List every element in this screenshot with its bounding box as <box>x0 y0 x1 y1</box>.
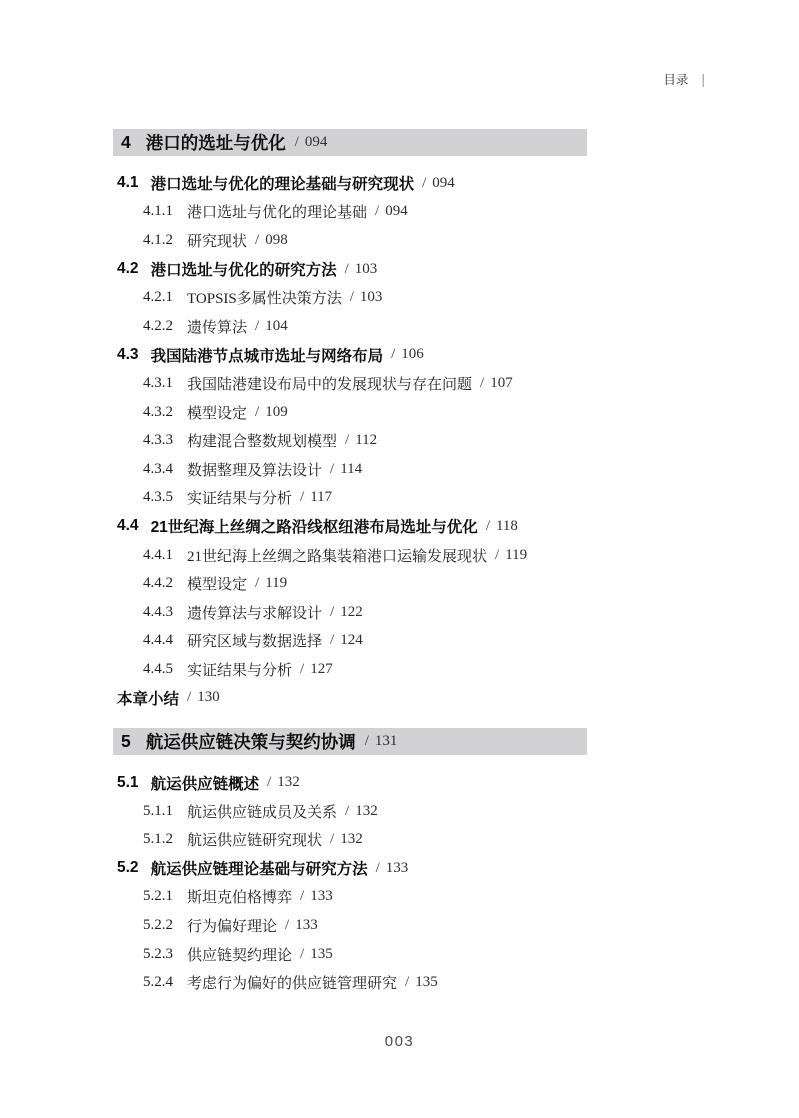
page-separator: / <box>330 461 334 478</box>
toc-entry-4.4.1[interactable]: 4.4.121世纪海上丝绸之路集装箱港口运输发展现状/119 <box>113 541 587 570</box>
page-separator: / <box>330 831 334 848</box>
toc-entry-4.3.2[interactable]: 4.3.2模型设定/109 <box>113 398 587 427</box>
entry-number: 5.1 <box>117 774 139 792</box>
page-number: 094 <box>432 175 455 192</box>
page-number: 133 <box>310 888 333 905</box>
page-number: 133 <box>295 917 318 934</box>
toc-entry-5.2[interactable]: 5.2航运供应链理论基础与研究方法/133 <box>113 854 587 883</box>
entry-page-ref: /112 <box>345 432 377 449</box>
page-separator: / <box>422 175 426 192</box>
page-number: 106 <box>401 346 424 363</box>
entry-page-ref: /133 <box>285 917 318 934</box>
toc-entry-4.4.2[interactable]: 4.4.2模型设定/119 <box>113 569 587 598</box>
page-header: 目录 | <box>663 70 705 88</box>
entry-number: 4.3.5 <box>143 489 173 506</box>
entry-page-ref: /119 <box>255 575 287 592</box>
entry-title: 研究现状 <box>187 230 247 251</box>
entry-page-ref: /117 <box>300 489 332 506</box>
entry-title: 航运供应链理论基础与研究方法 <box>151 857 368 879</box>
page-separator: / <box>486 518 490 535</box>
page-separator: / <box>480 375 484 392</box>
entry-title: 构建混合整数规划模型 <box>187 430 337 451</box>
entry-title: 考虑行为偏好的供应链管理研究 <box>187 972 397 993</box>
page-number: 132 <box>355 803 378 820</box>
entry-number: 4.3.1 <box>143 375 173 392</box>
page-separator: / <box>187 689 191 706</box>
entry-number: 4.1.1 <box>143 203 173 220</box>
chapter-title: 港口的选址与优化 <box>146 130 286 155</box>
toc-page: 目录 | 4港口的选址与优化/0944.1港口选址与优化的理论基础与研究现状/0… <box>0 0 799 1118</box>
page-separator: / <box>295 134 299 151</box>
page-separator: / <box>376 860 380 877</box>
page-number: 112 <box>355 432 377 449</box>
page-number: 131 <box>375 733 398 750</box>
page-number: 117 <box>310 489 332 506</box>
entry-number: 4.3.4 <box>143 461 173 478</box>
entry-number: 4.2.2 <box>143 318 173 335</box>
entry-title: 行为偏好理论 <box>187 915 277 936</box>
chapter-summary-4[interactable]: 本章小结/130 <box>113 684 587 713</box>
entry-title: 航运供应链概述 <box>151 772 260 794</box>
toc-entry-4.3.5[interactable]: 4.3.5实证结果与分析/117 <box>113 484 587 513</box>
entry-number: 5.2.1 <box>143 888 173 905</box>
folio-page-number: 003 <box>385 1033 415 1050</box>
entry-title: TOPSIS多属性决策方法 <box>187 287 342 308</box>
page-separator: / <box>345 261 349 278</box>
toc: 4港口的选址与优化/0944.1港口选址与优化的理论基础与研究现状/0944.1… <box>113 129 587 997</box>
chapter-heading-5[interactable]: 5航运供应链决策与契约协调/131 <box>113 728 587 755</box>
entry-page-ref: /094 <box>422 175 455 192</box>
header-divider: | <box>701 71 705 87</box>
page-number: 127 <box>310 661 333 678</box>
toc-entry-4.2[interactable]: 4.2港口选址与优化的研究方法/103 <box>113 255 587 284</box>
entry-page-ref: /135 <box>405 974 438 991</box>
page-number: 103 <box>360 289 383 306</box>
entry-title: 实证结果与分析 <box>187 487 292 508</box>
toc-entry-4.3.3[interactable]: 4.3.3构建混合整数规划模型/112 <box>113 426 587 455</box>
page-separator: / <box>255 575 259 592</box>
page-separator: / <box>255 232 259 249</box>
page-number: 122 <box>340 604 363 621</box>
entry-number: 5.2.4 <box>143 974 173 991</box>
page-separator: / <box>405 974 409 991</box>
toc-entry-4.2.1[interactable]: 4.2.1TOPSIS多属性决策方法/103 <box>113 283 587 312</box>
page-separator: / <box>300 489 304 506</box>
page-separator: / <box>345 803 349 820</box>
entry-title: 我国陆港节点城市选址与网络布局 <box>151 344 384 366</box>
page-footer: 003 <box>0 1033 799 1050</box>
entry-number: 4.4.3 <box>143 604 173 621</box>
entry-title: 21世纪海上丝绸之路集装箱港口运输发展现状 <box>187 545 487 566</box>
toc-entry-5.2.1[interactable]: 5.2.1斯坦克伯格博弈/133 <box>113 883 587 912</box>
entry-title: 港口选址与优化的理论基础 <box>187 201 367 222</box>
page-number: 103 <box>355 261 378 278</box>
entry-number: 4.4.5 <box>143 661 173 678</box>
toc-entry-5.1.1[interactable]: 5.1.1航运供应链成员及关系/132 <box>113 797 587 826</box>
entry-title: 模型设定 <box>187 402 247 423</box>
entry-title: 港口选址与优化的研究方法 <box>151 258 337 280</box>
entry-number: 4.2 <box>117 260 139 278</box>
entry-page-ref: /103 <box>345 261 378 278</box>
toc-entry-4.3.1[interactable]: 4.3.1我国陆港建设布局中的发展现状与存在问题/107 <box>113 369 587 398</box>
page-separator: / <box>375 203 379 220</box>
page-number: 119 <box>265 575 287 592</box>
page-separator: / <box>255 318 259 335</box>
page-separator: / <box>365 733 369 750</box>
entry-title: 实证结果与分析 <box>187 659 292 680</box>
entry-title: 航运供应链成员及关系 <box>187 801 337 822</box>
page-number: 094 <box>305 134 328 151</box>
toc-entry-4.4.5[interactable]: 4.4.5实证结果与分析/127 <box>113 655 587 684</box>
entry-page-ref: /104 <box>255 318 288 335</box>
page-separator: / <box>330 604 334 621</box>
toc-entry-4.4.4[interactable]: 4.4.4研究区域与数据选择/124 <box>113 627 587 656</box>
summary-page-ref: /130 <box>187 689 220 706</box>
entry-number: 4.4.1 <box>143 547 173 564</box>
entry-page-ref: /132 <box>330 831 363 848</box>
page-separator: / <box>330 632 334 649</box>
entry-page-ref: /098 <box>255 232 288 249</box>
entry-number: 4.4.2 <box>143 575 173 592</box>
entry-title: 遗传算法 <box>187 316 247 337</box>
toc-entry-4.4[interactable]: 4.421世纪海上丝绸之路沿线枢纽港布局选址与优化/118 <box>113 512 587 541</box>
page-number: 132 <box>277 774 300 791</box>
summary-label: 本章小结 <box>117 687 179 709</box>
entry-number: 5.2 <box>117 859 139 877</box>
entry-page-ref: /122 <box>330 604 363 621</box>
entry-number: 4.3 <box>117 346 139 364</box>
page-number: 132 <box>340 831 363 848</box>
entry-title: 模型设定 <box>187 573 247 594</box>
entry-page-ref: /094 <box>375 203 408 220</box>
page-number: 107 <box>490 375 513 392</box>
entry-number: 4.4.4 <box>143 632 173 649</box>
page-number: 104 <box>265 318 288 335</box>
entry-page-ref: /135 <box>300 946 333 963</box>
entry-title: 斯坦克伯格博弈 <box>187 886 292 907</box>
page-separator: / <box>391 346 395 363</box>
entry-page-ref: /132 <box>267 774 300 791</box>
page-number: 133 <box>386 860 409 877</box>
page-number: 130 <box>197 689 220 706</box>
chapter-number: 4 <box>121 132 131 153</box>
entry-page-ref: /124 <box>330 632 363 649</box>
entry-number: 5.2.2 <box>143 917 173 934</box>
entry-page-ref: /127 <box>300 661 333 678</box>
toc-entry-4.1.2[interactable]: 4.1.2研究现状/098 <box>113 226 587 255</box>
page-number: 118 <box>496 518 518 535</box>
page-separator: / <box>350 289 354 306</box>
page-separator: / <box>267 774 271 791</box>
entry-page-ref: /106 <box>391 346 424 363</box>
entry-page-ref: /114 <box>330 461 362 478</box>
page-separator: / <box>345 432 349 449</box>
entry-number: 4.1.2 <box>143 232 173 249</box>
page-number: 094 <box>385 203 408 220</box>
entry-title: 数据整理及算法设计 <box>187 459 322 480</box>
entry-number: 4.3.3 <box>143 432 173 449</box>
page-separator: / <box>495 547 499 564</box>
toc-entry-5.2.4[interactable]: 5.2.4考虑行为偏好的供应链管理研究/135 <box>113 968 587 997</box>
entry-number: 4.2.1 <box>143 289 173 306</box>
header-title: 目录 <box>663 70 688 88</box>
page-number: 119 <box>505 547 527 564</box>
page-number: 135 <box>310 946 333 963</box>
toc-entry-4.3[interactable]: 4.3我国陆港节点城市选址与网络布局/106 <box>113 341 587 370</box>
entry-title: 航运供应链研究现状 <box>187 829 322 850</box>
toc-entry-4.1.1[interactable]: 4.1.1港口选址与优化的理论基础/094 <box>113 198 587 227</box>
entry-page-ref: /103 <box>350 289 383 306</box>
entry-number: 4.4 <box>117 517 139 535</box>
page-number: 135 <box>415 974 438 991</box>
page-separator: / <box>285 917 289 934</box>
page-number: 114 <box>340 461 362 478</box>
entry-page-ref: /119 <box>495 547 527 564</box>
chapter-page-ref: /131 <box>365 733 398 750</box>
page-separator: / <box>300 946 304 963</box>
toc-entry-5.1.2[interactable]: 5.1.2航运供应链研究现状/132 <box>113 825 587 854</box>
entry-page-ref: /118 <box>486 518 518 535</box>
toc-entry-5.1[interactable]: 5.1航运供应链概述/132 <box>113 768 587 797</box>
toc-entry-4.3.4[interactable]: 4.3.4数据整理及算法设计/114 <box>113 455 587 484</box>
toc-entry-4.1[interactable]: 4.1港口选址与优化的理论基础与研究现状/094 <box>113 169 587 198</box>
entry-page-ref: /133 <box>376 860 409 877</box>
toc-entry-4.4.3[interactable]: 4.4.3遗传算法与求解设计/122 <box>113 598 587 627</box>
entry-number: 5.2.3 <box>143 946 173 963</box>
entry-number: 5.1.1 <box>143 803 173 820</box>
entry-title: 研究区域与数据选择 <box>187 630 322 651</box>
entry-number: 5.1.2 <box>143 831 173 848</box>
entry-number: 4.1 <box>117 174 139 192</box>
entry-title: 港口选址与优化的理论基础与研究现状 <box>151 172 415 194</box>
entry-page-ref: /132 <box>345 803 378 820</box>
chapter-title: 航运供应链决策与契约协调 <box>146 729 356 754</box>
page-separator: / <box>300 888 304 905</box>
entry-title: 21世纪海上丝绸之路沿线枢纽港布局选址与优化 <box>151 515 478 537</box>
chapter-heading-4[interactable]: 4港口的选址与优化/094 <box>113 129 587 156</box>
entry-title: 遗传算法与求解设计 <box>187 602 322 623</box>
entry-title: 我国陆港建设布局中的发展现状与存在问题 <box>187 373 472 394</box>
toc-entry-5.2.2[interactable]: 5.2.2行为偏好理论/133 <box>113 911 587 940</box>
toc-entry-5.2.3[interactable]: 5.2.3供应链契约理论/135 <box>113 940 587 969</box>
toc-entry-4.2.2[interactable]: 4.2.2遗传算法/104 <box>113 312 587 341</box>
page-number: 124 <box>340 632 363 649</box>
page-separator: / <box>255 404 259 421</box>
page-number: 109 <box>265 404 288 421</box>
entry-number: 4.3.2 <box>143 404 173 421</box>
entry-page-ref: /133 <box>300 888 333 905</box>
entry-title: 供应链契约理论 <box>187 944 292 965</box>
page-separator: / <box>300 661 304 678</box>
entry-page-ref: /109 <box>255 404 288 421</box>
chapter-page-ref: /094 <box>295 134 328 151</box>
chapter-number: 5 <box>121 731 131 752</box>
entry-page-ref: /107 <box>480 375 513 392</box>
page-number: 098 <box>265 232 288 249</box>
